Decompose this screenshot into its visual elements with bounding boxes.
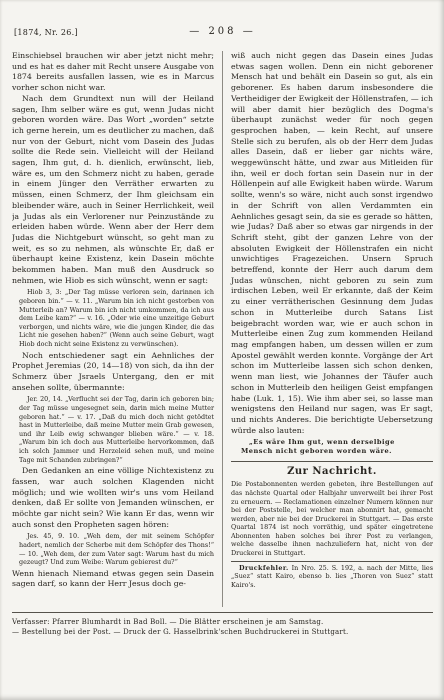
notice-paragraph: Die Postabonnenten werden gebeten, ihre … — [231, 480, 433, 557]
footer-line-2: — Bestellung bei der Post. — Druck der G… — [12, 627, 433, 637]
right-column: wiß auch nicht gegen das Dasein eines Ju… — [231, 51, 433, 607]
erratum-rule — [231, 561, 433, 562]
column-divider — [222, 51, 223, 607]
erratum-lead: Druckfehler. — [239, 564, 289, 572]
newspaper-page: [1874, Nr. 26.] — 208 — Einschiebsel bra… — [0, 0, 444, 700]
page-header: [1874, Nr. 26.] — 208 — — [12, 26, 433, 42]
footer-line-1: Verfasser: Pfarrer Blumhardt in Bad Boll… — [12, 617, 433, 627]
paragraph: Den Gedanken an eine völlige Nichtexiste… — [12, 466, 214, 530]
page-number: — 208 — — [12, 26, 433, 37]
notice-heading: Zur Nachricht. — [231, 466, 433, 477]
left-column: Einschiebsel brauchen wir aber jetzt nic… — [12, 51, 214, 607]
corrected-translation-quote: „Es wäre Ihm gut, wenn derselbige Mensch… — [231, 438, 433, 456]
paragraph: Einschiebsel brauchen wir aber jetzt nic… — [12, 51, 214, 94]
paragraph: Nach dem Grundtext nun will der Heiland … — [12, 94, 214, 287]
page-footer: Verfasser: Pfarrer Blumhardt in Bad Boll… — [12, 612, 433, 637]
paragraph: Wenn hienach Niemand etwas gegen sein Da… — [12, 569, 214, 590]
scripture-quote: Hiob 3, 3: „Der Tag müsse verloren sein,… — [12, 288, 214, 348]
scripture-quote: Jer. 20, 14. „Verflucht sei der Tag, dar… — [12, 395, 214, 464]
paragraph: Noch entschiedener sagt ein Aehnliches d… — [12, 351, 214, 394]
text-columns: Einschiebsel brauchen wir aber jetzt nic… — [12, 51, 433, 607]
section-rule — [231, 461, 433, 462]
erratum: Druckfehler.In Nro. 25. S. 192, a. nach … — [231, 564, 433, 590]
paragraph: wiß auch nicht gegen das Dasein eines Ju… — [231, 51, 433, 436]
scripture-quote: Jes. 45, 9. 10. „Weh dem, der mit seinem… — [12, 532, 214, 566]
